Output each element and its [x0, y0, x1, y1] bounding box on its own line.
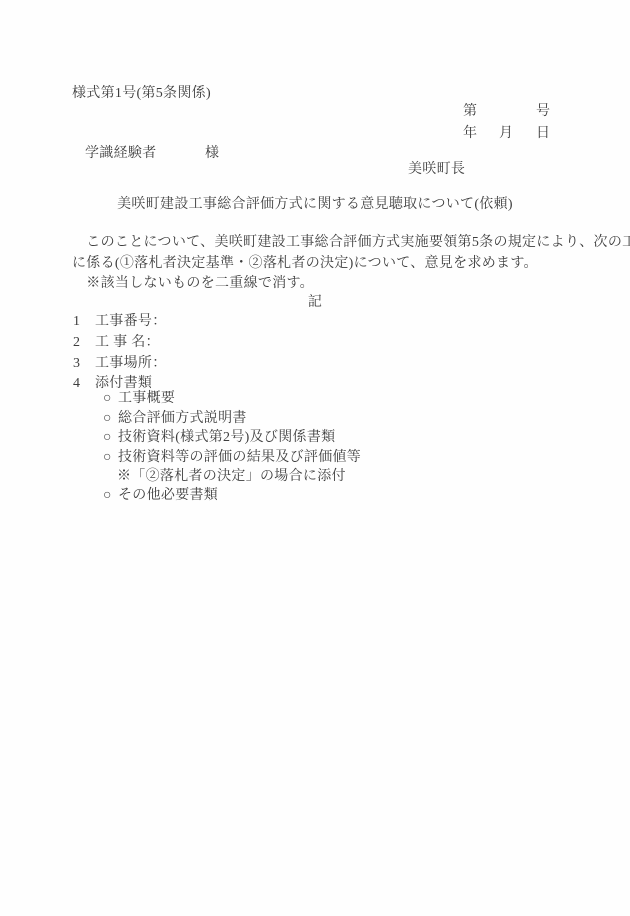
addressee-honorific: 様: [205, 146, 219, 161]
circle-bullet-icon: ○: [103, 450, 112, 465]
item-number: 1: [73, 314, 80, 329]
document-page: 様式第1号(第5条関係) 第 号 年 月 日 学識経験者 様 美咲町長 美咲町建…: [0, 0, 630, 916]
item-label: 工事場所：: [95, 356, 167, 371]
body-line-2: に係る(①落札者決定基準・②落札者の決定)について、意見を求めます。: [72, 256, 538, 271]
attachment-label: 技術資料(様式第2号)及び関係書類: [118, 430, 335, 445]
circle-bullet-icon: ○: [103, 391, 112, 406]
circle-bullet-icon: ○: [103, 430, 112, 445]
circle-bullet-icon: ○: [103, 411, 112, 426]
item-label: 工事番号：: [95, 314, 167, 329]
circle-bullet-icon: ○: [103, 488, 112, 503]
date-month-label: 月: [499, 126, 513, 141]
document-title: 美咲町建設工事総合評価方式に関する意見聴取について(依頼): [0, 197, 630, 212]
ki-marker: 記: [0, 295, 630, 310]
attachment-label: その他必要書類: [118, 488, 218, 503]
doc-number-prefix: 第: [463, 104, 477, 119]
item-number: 4: [73, 376, 80, 391]
body-line-1: このことについて、美咲町建設工事総合評価方式実施要領第5条の規定により、次の工事: [72, 235, 630, 250]
item-label: 添付書類: [95, 376, 152, 391]
attachment-note: ※「②落札者の決定」の場合に添付: [117, 469, 346, 484]
form-label: 様式第1号(第5条関係): [72, 86, 211, 101]
item-number: 3: [73, 356, 80, 371]
item-label: 工 事 名：: [95, 335, 160, 350]
attachment-label: 総合評価方式説明書: [118, 411, 247, 426]
attachment-label: 工事概要: [118, 391, 175, 406]
date-year-label: 年: [463, 126, 477, 141]
date-day-label: 日: [536, 126, 550, 141]
item-number: 2: [73, 335, 80, 350]
strike-instruction-note: ※該当しないものを二重線で消す。: [72, 276, 314, 291]
sender-name: 美咲町長: [408, 162, 465, 177]
attachment-label: 技術資料等の評価の結果及び評価値等: [118, 450, 361, 465]
doc-number-suffix: 号: [536, 104, 550, 119]
addressee-title: 学識経験者: [85, 146, 157, 161]
